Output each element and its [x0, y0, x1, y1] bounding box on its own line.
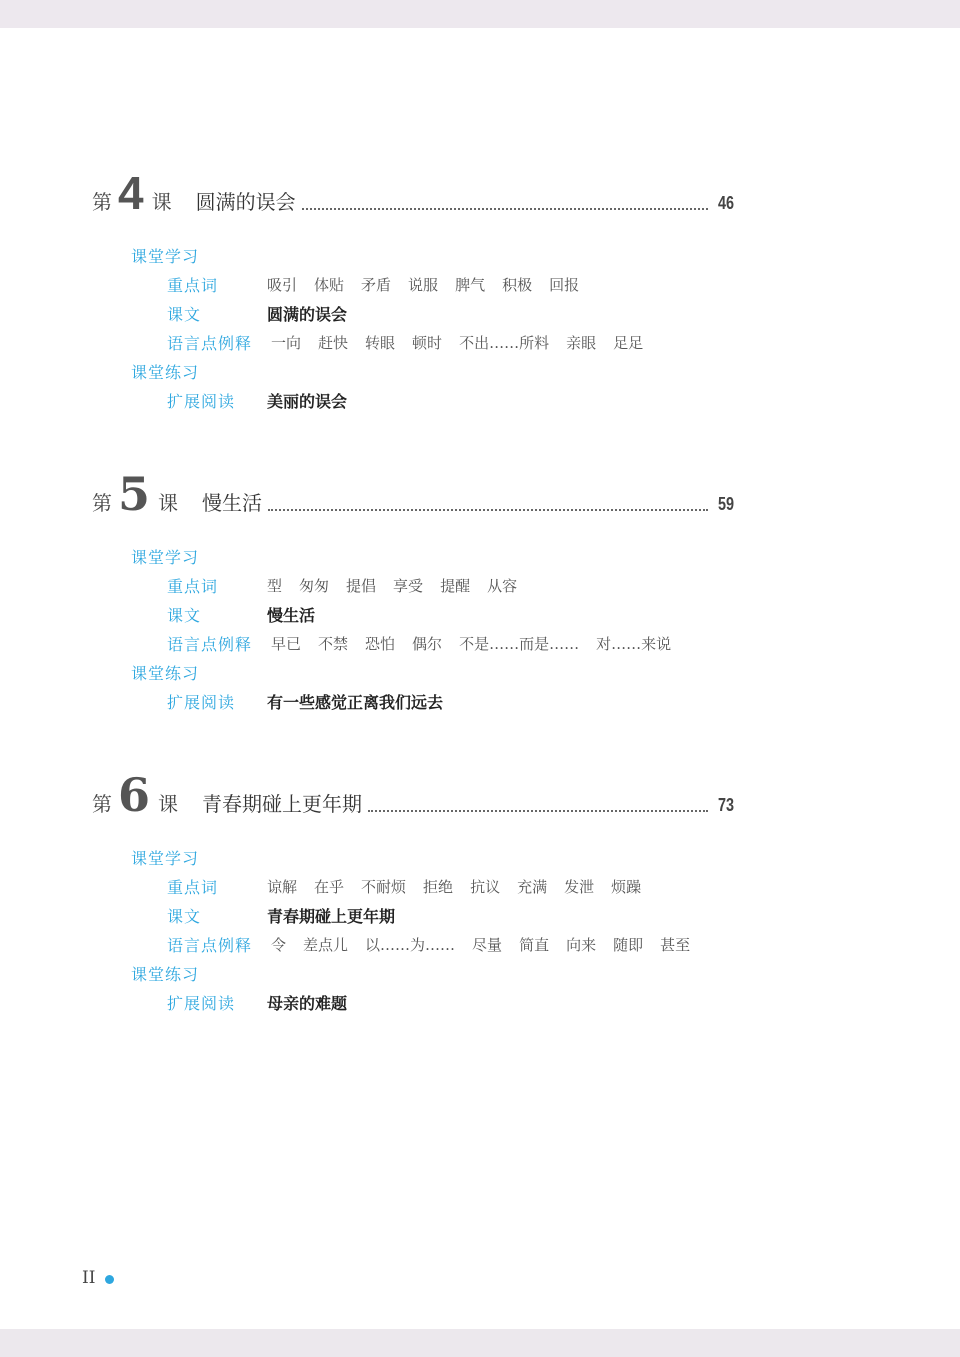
lesson-number: 4 — [118, 170, 144, 216]
text-label: 课文 — [167, 302, 267, 325]
key-word: 脾气 — [455, 274, 485, 295]
key-word: 谅解 — [267, 876, 297, 897]
text-title: 青春期碰上更年期 — [267, 904, 395, 927]
key-word: 提倡 — [346, 575, 376, 596]
key-word: 积极 — [502, 274, 532, 295]
key-words-row: 重点词 吸引 体贴 矛盾 说服 脾气 积极 回报 — [167, 272, 596, 296]
key-word: 不耐烦 — [361, 876, 406, 897]
key-word: 吸引 — [267, 274, 297, 295]
key-word: 矛盾 — [361, 274, 391, 295]
language-point: 差点儿 — [303, 934, 348, 955]
extended-reading-title: 美丽的误会 — [267, 389, 347, 412]
language-point: 足足 — [613, 332, 643, 353]
language-point: 对……来说 — [596, 633, 671, 654]
dot-leader — [302, 208, 708, 210]
page-number: 46 — [718, 191, 734, 216]
language-points-row: 语言点例释 早已 不禁 恐怕 偶尔 不是……而是…… 对……来说 — [167, 631, 688, 655]
lesson-6-entry: 第 6 课 青春期碰上更年期 73 — [92, 768, 734, 818]
section-class-study: 课堂学习 — [131, 544, 199, 568]
page-number: 59 — [718, 492, 734, 517]
extended-reading-row: 扩展阅读 母亲的难题 — [167, 990, 347, 1014]
key-word: 拒绝 — [423, 876, 453, 897]
key-word: 体贴 — [314, 274, 344, 295]
extended-reading-row: 扩展阅读 有一些感觉正离我们远去 — [167, 689, 443, 713]
language-point: 一向 — [271, 332, 301, 353]
key-words-row: 重点词 型 匆匆 提倡 享受 提醒 从容 — [167, 573, 534, 597]
language-points-row: 语言点例释 一向 赶快 转眼 顿时 不出……所料 亲眼 足足 — [167, 330, 660, 354]
key-word: 享受 — [393, 575, 423, 596]
lesson-suffix: 课 — [158, 792, 178, 818]
language-point: 转眼 — [365, 332, 395, 353]
accent-dot-icon — [105, 1275, 114, 1284]
language-point: 亲眼 — [566, 332, 596, 353]
bottom-margin-band — [0, 1329, 960, 1357]
text-row: 课文 圆满的误会 — [167, 301, 347, 325]
key-word: 发泄 — [564, 876, 594, 897]
language-point: 不出……所料 — [459, 332, 549, 353]
lesson-heading[interactable]: 第 5 课 慢生活 59 — [92, 467, 734, 517]
key-words-label: 重点词 — [167, 273, 267, 296]
lesson-prefix: 第 — [92, 491, 112, 517]
key-word: 从容 — [487, 575, 517, 596]
language-point: 令 — [271, 934, 286, 955]
key-word: 抗议 — [470, 876, 500, 897]
text-title: 圆满的误会 — [267, 302, 347, 325]
lesson-number: 5 — [118, 471, 150, 517]
language-points-label: 语言点例释 — [167, 632, 271, 655]
extended-reading-label: 扩展阅读 — [167, 690, 267, 713]
language-points-label: 语言点例释 — [167, 933, 271, 956]
lesson-number: 6 — [118, 772, 150, 818]
lesson-suffix: 课 — [152, 190, 172, 216]
lesson-prefix: 第 — [92, 190, 112, 216]
language-points-label: 语言点例释 — [167, 331, 271, 354]
text-title: 慢生活 — [267, 603, 315, 626]
language-point: 向来 — [566, 934, 596, 955]
key-words-label: 重点词 — [167, 574, 267, 597]
section-class-study: 课堂学习 — [131, 243, 199, 267]
top-margin-band — [0, 0, 960, 28]
language-point: 尽量 — [472, 934, 502, 955]
key-word: 型 — [267, 575, 282, 596]
lesson-5-entry: 第 5 课 慢生活 59 — [92, 467, 734, 517]
language-point: 以……为…… — [365, 934, 455, 955]
lesson-heading[interactable]: 第 6 课 青春期碰上更年期 73 — [92, 768, 734, 818]
section-class-practice: 课堂练习 — [131, 359, 199, 383]
page-number: 73 — [718, 793, 734, 818]
extended-reading-title: 有一些感觉正离我们远去 — [267, 690, 443, 713]
section-class-practice: 课堂练习 — [131, 660, 199, 684]
language-point: 随即 — [613, 934, 643, 955]
lesson-4-entry: 第 4 课 圆满的误会 46 — [92, 166, 734, 216]
language-point: 早已 — [271, 633, 301, 654]
page-footer: II — [82, 1268, 114, 1288]
language-point: 赶快 — [318, 332, 348, 353]
key-word: 说服 — [408, 274, 438, 295]
key-words-label: 重点词 — [167, 875, 267, 898]
lesson-prefix: 第 — [92, 792, 112, 818]
language-point: 简直 — [519, 934, 549, 955]
text-label: 课文 — [167, 603, 267, 626]
page-numeral: II — [82, 1268, 95, 1288]
extended-reading-label: 扩展阅读 — [167, 991, 267, 1014]
key-word: 回报 — [549, 274, 579, 295]
lesson-title: 慢生活 — [202, 491, 262, 517]
language-point: 不禁 — [318, 633, 348, 654]
language-point: 偶尔 — [412, 633, 442, 654]
key-word: 提醒 — [440, 575, 470, 596]
text-row: 课文 青春期碰上更年期 — [167, 903, 395, 927]
dot-leader — [268, 509, 708, 511]
extended-reading-label: 扩展阅读 — [167, 389, 267, 412]
language-points-row: 语言点例释 令 差点儿 以……为…… 尽量 简直 向来 随即 甚至 — [167, 932, 707, 956]
key-word: 烦躁 — [611, 876, 641, 897]
text-label: 课文 — [167, 904, 267, 927]
key-words-row: 重点词 谅解 在乎 不耐烦 拒绝 抗议 充满 发泄 烦躁 — [167, 874, 658, 898]
key-word: 匆匆 — [299, 575, 329, 596]
language-point: 顿时 — [412, 332, 442, 353]
section-class-study: 课堂学习 — [131, 845, 199, 869]
dot-leader — [368, 810, 708, 812]
extended-reading-title: 母亲的难题 — [267, 991, 347, 1014]
key-word: 充满 — [517, 876, 547, 897]
lesson-heading[interactable]: 第 4 课 圆满的误会 46 — [92, 166, 734, 216]
language-point: 不是……而是…… — [459, 633, 579, 654]
language-point: 恐怕 — [365, 633, 395, 654]
text-row: 课文 慢生活 — [167, 602, 315, 626]
section-class-practice: 课堂练习 — [131, 961, 199, 985]
lesson-suffix: 课 — [158, 491, 178, 517]
language-point: 甚至 — [660, 934, 690, 955]
lesson-title: 圆满的误会 — [196, 190, 296, 216]
key-word: 在乎 — [314, 876, 344, 897]
lesson-title: 青春期碰上更年期 — [202, 792, 362, 818]
extended-reading-row: 扩展阅读 美丽的误会 — [167, 388, 347, 412]
